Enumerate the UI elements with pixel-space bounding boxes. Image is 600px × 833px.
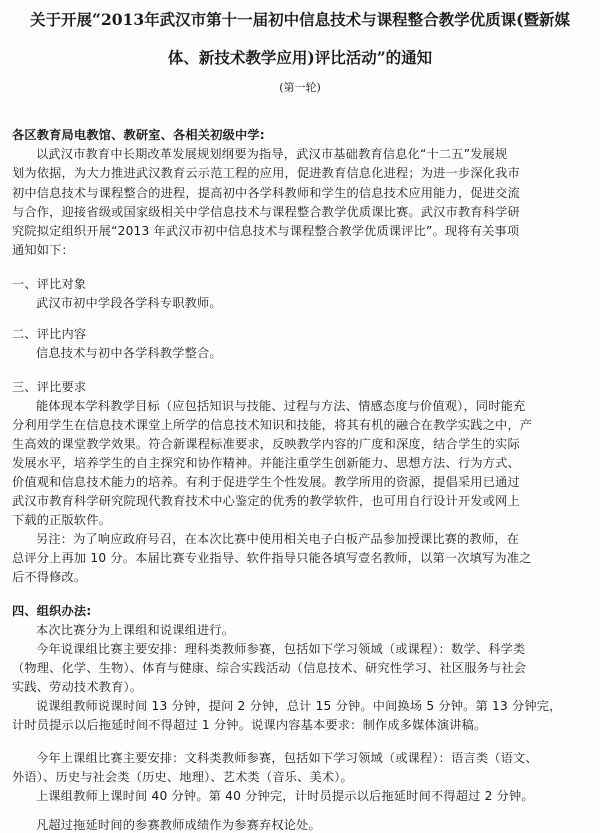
section-line: （物理、化学、生物）、体育与健康、综合实践活动（信息技术、研究性学习、社区服务与… <box>12 658 590 678</box>
intro-line: 划为依据，为大力推进武汉教育云示范工程的应用，促进教育信息化进程；为进一步深化我… <box>12 163 590 183</box>
section-heading: 二、评比内容 <box>12 324 590 344</box>
section-heading: 一、评比对象 <box>12 274 590 294</box>
intro-line: 通知如下： <box>12 240 590 260</box>
section-line: 信息技术与初中各学科教学整合。 <box>36 343 590 363</box>
note-line: 另注：为了响应政府号召，在本次比赛中使用相关电子白板产品参加授课比赛的教师，在 <box>36 529 590 549</box>
section-line: 外语）、历史与社会类（历史、地理）、艺术类（音乐、美术）。 <box>12 767 590 787</box>
section-line: 分利用学生在信息技术课堂上所学的信息技术知识和技能，将其有机的融合在教学实践之中… <box>12 415 590 435</box>
intro-line: 初中信息技术与课程整合的进程，提高初中各学科教师和学生的信息技术应用能力，促进交… <box>12 183 590 203</box>
intro-line: 与合作，迎接省级或国家级相关中学信息技术与课程整合教学优质课比赛。武汉市教育科学… <box>12 202 590 222</box>
section-line: 今年上课组比赛主要安排：文科类教师参赛，包括如下学习领域（或课程）：语言类（语文… <box>36 748 590 768</box>
round-label: (第一轮) <box>0 79 600 95</box>
section-line: 上课组教师上课时间 40 分钟。第 40 分钟完，计时员提示以后拖延时间不得超过… <box>36 786 590 806</box>
section-line: 实践、劳动技术教育）。 <box>12 677 590 697</box>
section-line: 下载的正版软件。 <box>12 510 590 530</box>
section-line: 发展水平，培养学生的自主探究和协作精神。并能注重学生创新能力、思想方法、行为方式… <box>12 453 590 473</box>
section-line: 价值观和信息技术能力的培养。有利于促进学生个性发展。教学所用的资源，提倡采用已通… <box>12 472 590 492</box>
document-page: 关于开展“2013年武汉市第十一届初中信息技术与课程整合教学优质课(暨新媒 体、… <box>0 0 600 833</box>
section-line: 今年说课组比赛主要安排：理科类教师参赛，包括如下学习领域（或课程）：数学、科学类 <box>36 639 590 659</box>
section-line: 计时员提示以后拖延时间不得超过 1 分钟。说课内容基本要求：制作成多媒体演讲稿。 <box>12 715 590 735</box>
section-line: 本次比赛分为上课组和说课组进行。 <box>36 620 590 640</box>
section-line: 说课组教师说课时间 13 分钟，提问 2 分钟，总计 15 分钟。中间换场 5 … <box>36 696 590 716</box>
intro-line: 究院拟定组织开展“2013 年武汉市初中信息技术与课程整合教学优质课评比”。现将… <box>12 221 590 241</box>
section-line: 武汉市初中学段各学科专职教师。 <box>36 293 590 313</box>
intro-line: 以武汉市教育中长期改革发展规划纲要为指导，武汉市基础教育信息化“十二五”发展规 <box>36 144 590 164</box>
section-line: 生高效的课堂教学效果。符合新课程标准要求，反映教学内容的广度和深度，结合学生的实… <box>12 434 590 454</box>
section-line: 武汉市教育科学研究院现代教育技术中心鉴定的优秀的教学软件，也可用自行设计开发或网… <box>12 491 590 511</box>
document-title-line-2: 体、新技术教学应用)评比活动”的通知 <box>10 46 590 68</box>
note-line: 后不得修改。 <box>12 567 590 587</box>
section-line: 凡超过拖延时间的参赛教师成绩作为参赛弃权论处。 <box>36 815 590 833</box>
section-heading: 四、组织办法: <box>12 601 590 621</box>
section-heading: 三、评比要求 <box>12 377 590 397</box>
salutation: 各区教育局电教馆、教研室、各相关初级中学: <box>12 125 590 145</box>
note-line: 总评分上再加 10 分。本届比赛专业指导、软件指导只能各填写壹名教师，以第一次填… <box>12 548 590 568</box>
document-title-line-1: 关于开展“2013年武汉市第十一届初中信息技术与课程整合教学优质课(暨新媒 <box>10 8 590 30</box>
section-line: 能体现本学科教学目标（应包括知识与技能、过程与方法、情感态度与价值观），同时能充 <box>36 396 590 416</box>
